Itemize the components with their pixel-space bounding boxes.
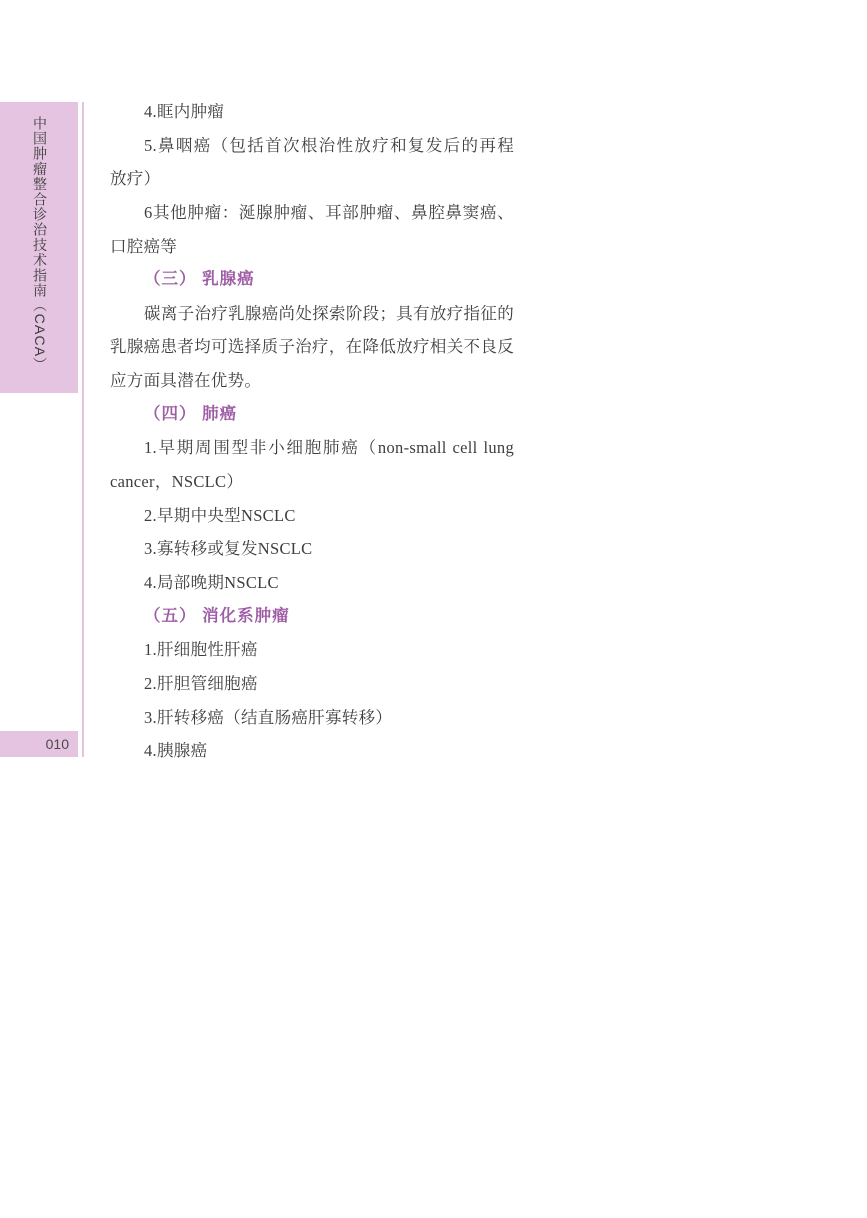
text-line: 3.肝转移癌（结直肠癌肝寡转移） (110, 701, 514, 735)
text-line: cancer，NSCLC） (110, 465, 514, 499)
text-line: 放疗） (110, 162, 514, 196)
text-line: 1.肝细胞性肝癌 (110, 633, 514, 667)
text-line: 6其他肿瘤：涎腺肿瘤、耳部肿瘤、鼻腔鼻窦癌、 (110, 196, 514, 230)
text-line: 4.局部晚期NSCLC (110, 566, 514, 600)
text-line: 3.寡转移或复发NSCLC (110, 532, 514, 566)
text-line: 2.早期中央型NSCLC (110, 499, 514, 533)
book-page: 中国肿瘤整合诊治技术指南（CACA） 010 4.眶内肿瘤 5.鼻咽癌（包括首次… (0, 0, 867, 1218)
text-line: 2.肝胆管细胞癌 (110, 667, 514, 701)
content-column: 4.眶内肿瘤 5.鼻咽癌（包括首次根治性放疗和复发后的再程 放疗） 6其他肿瘤：… (110, 95, 514, 768)
book-title-vertical: 中国肿瘤整合诊治技术指南（CACA） (30, 116, 50, 386)
text-line: 4.眶内肿瘤 (110, 95, 514, 129)
heading-line: （五） 消化系肿瘤 (110, 600, 514, 634)
text-line: 应方面具潜在优势。 (110, 364, 514, 398)
page-number-badge: 010 (0, 731, 78, 757)
heading-line: （三） 乳腺癌 (110, 263, 514, 297)
text-line: 口腔癌等 (110, 230, 514, 264)
text-line: 4.胰腺癌 (110, 734, 514, 768)
text-line: 1.早期周围型非小细胞肺癌（non-small cell lung (110, 431, 514, 465)
heading-line: （四） 肺癌 (110, 398, 514, 432)
text-line: 碳离子治疗乳腺癌尚处探索阶段；具有放疗指征的 (110, 297, 514, 331)
page-number: 010 (46, 736, 69, 752)
text-line: 乳腺癌患者均可选择质子治疗，在降低放疗相关不良反 (110, 330, 514, 364)
spine-divider-line (82, 102, 84, 757)
text-line: 5.鼻咽癌（包括首次根治性放疗和复发后的再程 (110, 129, 514, 163)
